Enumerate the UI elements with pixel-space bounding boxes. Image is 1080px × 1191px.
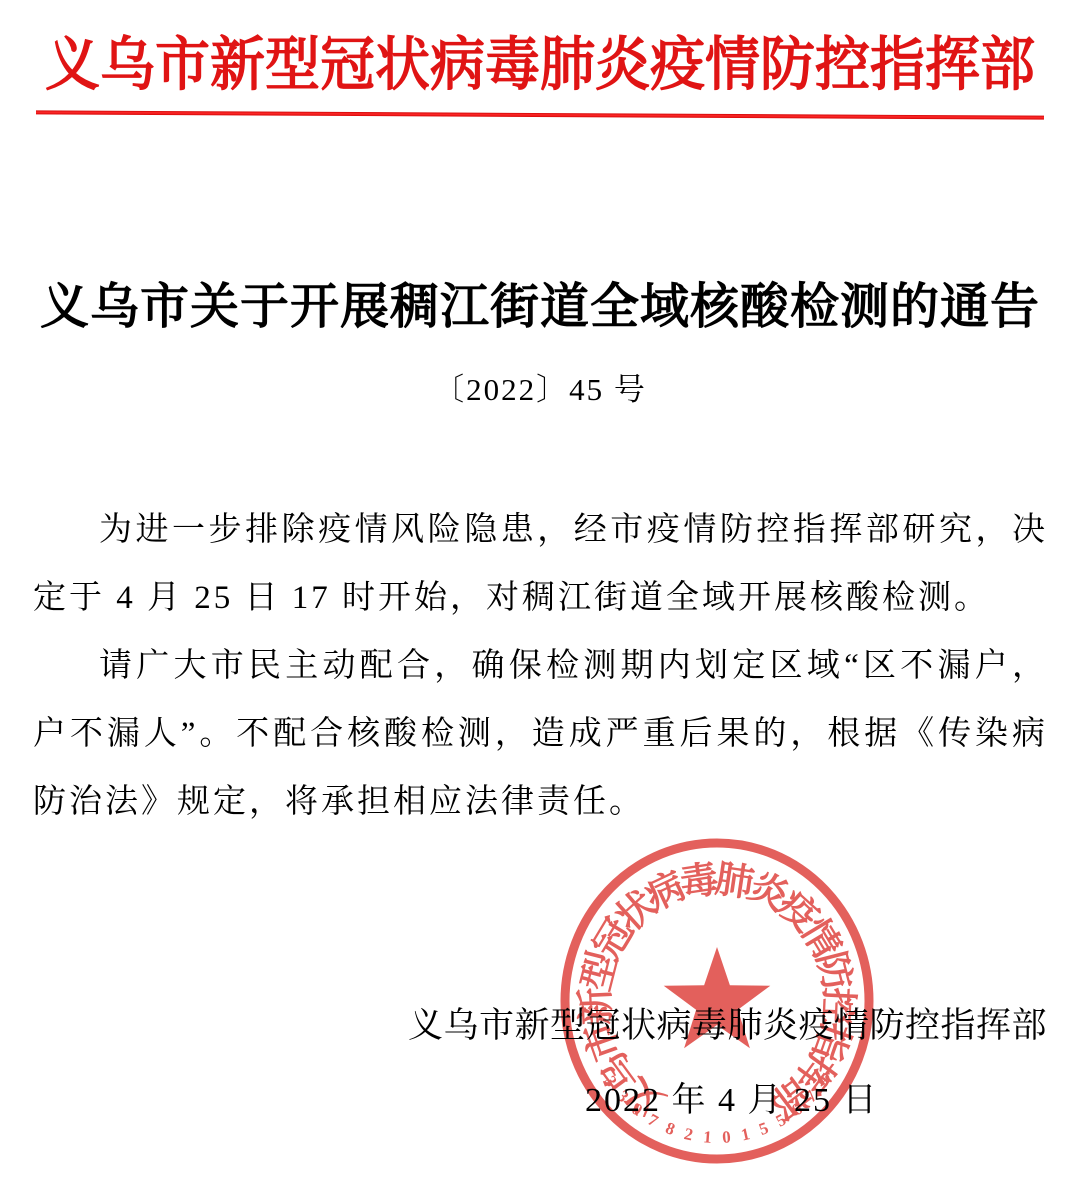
signature-date: 2022 年 4 月 25 日	[585, 1072, 879, 1121]
svg-text:毒: 毒	[678, 859, 722, 906]
body-paragraph: 请广大市民主动配合，确保检测期内划定区域“区不漏户，户不漏人”。不配合核酸检测，…	[33, 632, 1048, 836]
svg-text:肺: 肺	[713, 859, 757, 906]
header-divider-line	[36, 110, 1044, 119]
svg-text:炎: 炎	[742, 865, 795, 920]
svg-text:冠: 冠	[586, 912, 642, 966]
body-paragraph: 为进一步排除疫情风险隐患，经市疫情防控指挥部研究，决定于 4 月 25 日 17…	[33, 496, 1048, 632]
notice-title: 义乌市关于开展稠江街道全域核酸检测的通告	[0, 268, 1080, 338]
svg-text:5: 5	[756, 1118, 771, 1139]
svg-text:0: 0	[722, 1127, 732, 1147]
header-org-name: 义乌市新型冠状病毒肺炎疫情防控指挥部	[0, 18, 1080, 102]
svg-text:状: 状	[608, 883, 664, 940]
svg-text:情: 情	[792, 911, 848, 966]
notice-body: 为进一步排除疫情风险隐患，经市疫情防控指挥部研究，决定于 4 月 25 日 17…	[33, 496, 1048, 836]
svg-text:疫: 疫	[769, 883, 825, 940]
notice-doc-number: 〔2022〕45 号	[0, 364, 1080, 409]
svg-text:2: 2	[682, 1124, 694, 1144]
svg-text:病: 病	[640, 865, 692, 919]
svg-text:型: 型	[575, 948, 625, 995]
signature-org-name: 义乌市新型冠状病毒肺炎疫情防控指挥部	[408, 998, 1047, 1048]
svg-text:防: 防	[809, 948, 859, 995]
svg-text:1: 1	[703, 1127, 713, 1147]
svg-text:8: 8	[663, 1118, 678, 1139]
svg-text:1: 1	[739, 1124, 751, 1144]
